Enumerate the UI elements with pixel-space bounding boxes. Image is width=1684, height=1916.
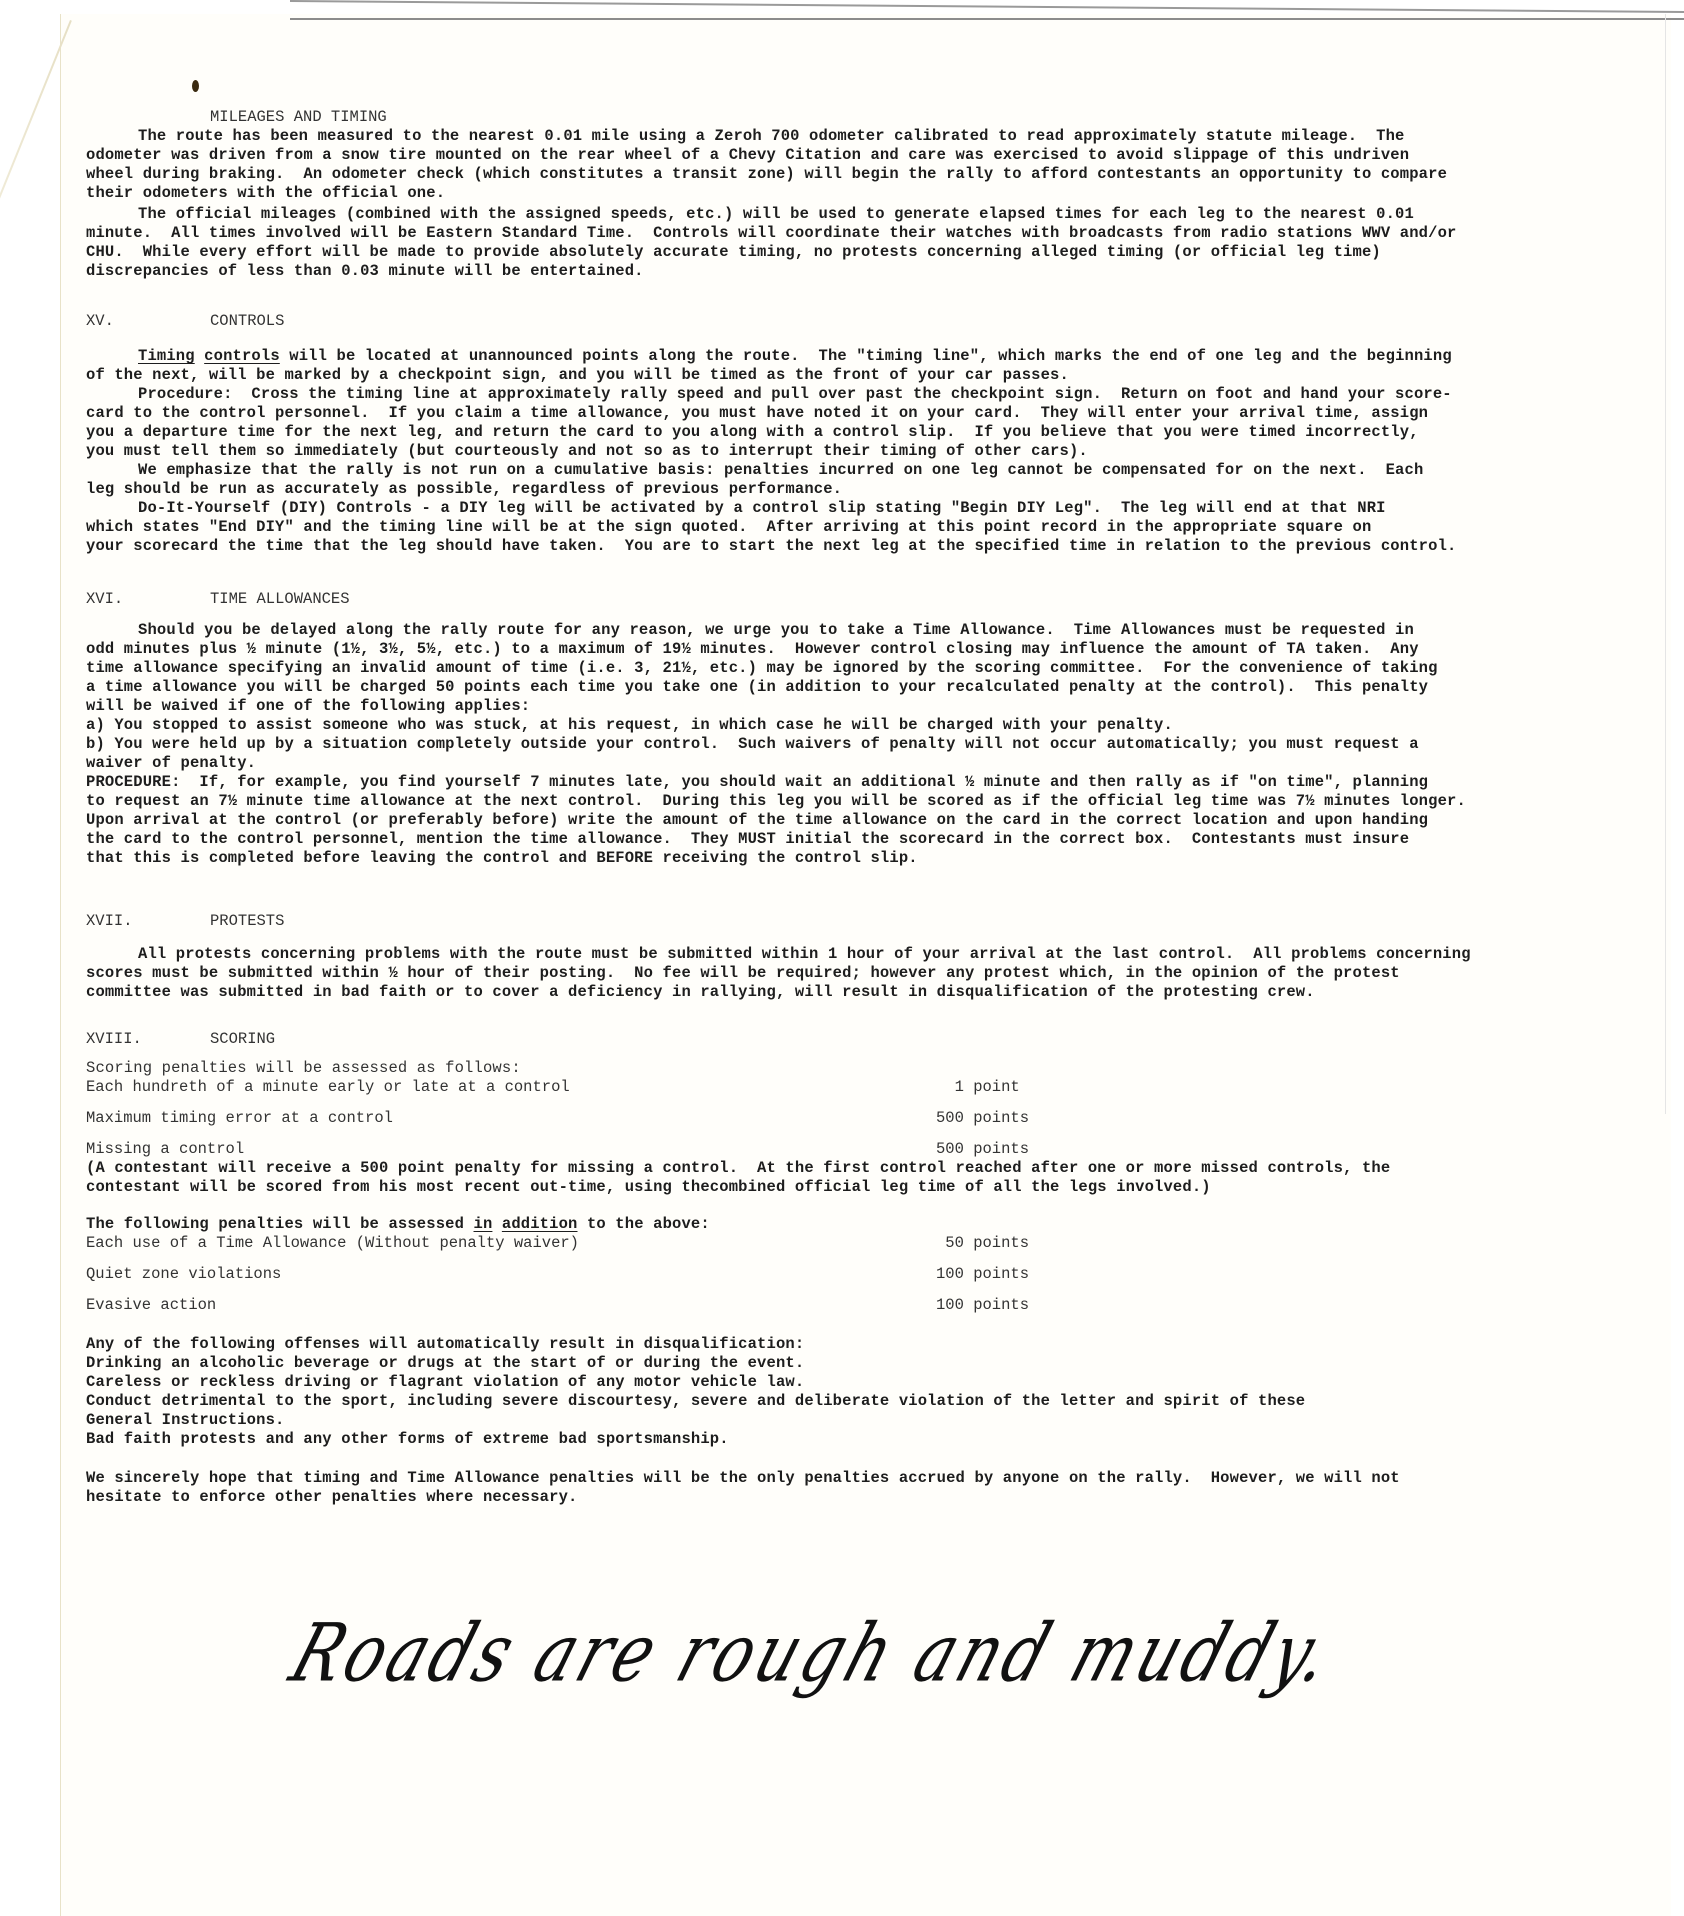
paragraph-line: The official mileages (combined with the… bbox=[86, 205, 1606, 224]
penalty-value: 100 points bbox=[936, 1265, 1029, 1284]
paragraph-line: of the next, will be marked by a checkpo… bbox=[86, 366, 1606, 385]
penalty-value: 1 point bbox=[936, 1078, 1020, 1097]
penalty-row: Each use of a Time Allowance (Without pe… bbox=[86, 1234, 1606, 1253]
paragraph-line: will be waived if one of the following a… bbox=[86, 697, 1606, 716]
scoring-intro: Scoring penalties will be assessed as fo… bbox=[86, 1059, 1606, 1078]
paragraph-line: odometer was driven from a snow tire mou… bbox=[86, 146, 1606, 165]
section-number: XVIII. bbox=[86, 1030, 210, 1049]
underlined-word: Timing bbox=[138, 347, 195, 365]
paragraph-line: your scorecard the time that the leg sho… bbox=[86, 537, 1606, 556]
paragraph-line: that this is completed before leaving th… bbox=[86, 849, 1606, 868]
scoring-note-line: contestant will be scored from his most … bbox=[86, 1178, 1606, 1197]
paragraph-line: leg should be run as accurately as possi… bbox=[86, 480, 1606, 499]
penalty-label: Evasive action bbox=[86, 1296, 936, 1315]
paragraph-text: will be located at unannounced points al… bbox=[280, 347, 1452, 365]
penalty-value: 500 points bbox=[936, 1109, 1029, 1128]
section-title: TIME ALLOWANCES bbox=[210, 590, 350, 608]
disqualification-intro: Any of the following offenses will autom… bbox=[86, 1335, 1606, 1354]
closing-line: We sincerely hope that timing and Time A… bbox=[86, 1469, 1606, 1488]
underlined-word: in bbox=[474, 1215, 493, 1233]
paragraph-line: a) You stopped to assist someone who was… bbox=[86, 716, 1606, 735]
paragraph-line: you must tell them so immediately (but c… bbox=[86, 442, 1606, 461]
intro-text: to the above: bbox=[578, 1215, 710, 1233]
paragraph-line: waiver of penalty. bbox=[86, 754, 1606, 773]
penalty-value: 50 points bbox=[936, 1234, 1029, 1253]
paragraph-line: All protests concerning problems with th… bbox=[86, 945, 1606, 964]
section-title: SCORING bbox=[210, 1030, 275, 1048]
paragraph-line: CHU. While every effort will be made to … bbox=[86, 243, 1606, 262]
disqualification-item: Careless or reckless driving or flagrant… bbox=[86, 1373, 1606, 1392]
penalty-value: 500 points bbox=[936, 1140, 1029, 1159]
penalty-label: Each hundreth of a minute early or late … bbox=[86, 1078, 936, 1097]
paragraph-line: Procedure: Cross the timing line at appr… bbox=[86, 385, 1606, 404]
disqualification-item: General Instructions. bbox=[86, 1411, 1606, 1430]
disqualification-item: Bad faith protests and any other forms o… bbox=[86, 1430, 1606, 1449]
penalty-row: Evasive action100 points bbox=[86, 1296, 1606, 1315]
penalty-value: 100 points bbox=[936, 1296, 1029, 1315]
penalty-row: Each hundreth of a minute early or late … bbox=[86, 1078, 1606, 1097]
paragraph-line: odd minutes plus ½ minute (1½, 3½, 5½, e… bbox=[86, 640, 1606, 659]
penalty-row: Quiet zone violations100 points bbox=[86, 1265, 1606, 1284]
handwritten-note: Roads are rough and muddy. bbox=[280, 1608, 1345, 1701]
section-heading: XV.CONTROLS bbox=[86, 312, 1606, 331]
paragraph-line: to request an 7½ minute time allowance a… bbox=[86, 792, 1606, 811]
section-protests: XVII.PROTESTS All protests concerning pr… bbox=[86, 912, 1606, 1002]
penalty-label: Maximum timing error at a control bbox=[86, 1109, 936, 1128]
penalty-label: Missing a control bbox=[86, 1140, 936, 1159]
paragraph-line: Do-It-Yourself (DIY) Controls - a DIY le… bbox=[86, 499, 1606, 518]
paragraph-line: minute. All times involved will be Easte… bbox=[86, 224, 1606, 243]
paragraph-line: the card to the control personnel, menti… bbox=[86, 830, 1606, 849]
section-heading: XVI.TIME ALLOWANCES bbox=[86, 590, 1606, 609]
section-controls: XV.CONTROLS Timing controls will be loca… bbox=[86, 312, 1606, 556]
paragraph-line: discrepancies of less than 0.03 minute w… bbox=[86, 262, 1606, 281]
paragraph-line: a time allowance you will be charged 50 … bbox=[86, 678, 1606, 697]
section-heading: XVIII.SCORING bbox=[86, 1030, 1606, 1049]
paragraph-line: Timing controls will be located at unann… bbox=[86, 347, 1606, 366]
closing-line: hesitate to enforce other penalties wher… bbox=[86, 1488, 1606, 1507]
page-top-edge-shadow bbox=[290, 18, 1684, 20]
paragraph-line: b) You were held up by a situation compl… bbox=[86, 735, 1606, 754]
paragraph-line: time allowance specifying an invalid amo… bbox=[86, 659, 1606, 678]
paragraph-line: scores must be submitted within ½ hour o… bbox=[86, 964, 1606, 983]
section-number: XVII. bbox=[86, 912, 210, 931]
additional-penalties-intro: The following penalties will be assessed… bbox=[86, 1215, 1606, 1234]
paragraph-line: which states "End DIY" and the timing li… bbox=[86, 518, 1606, 537]
page-speck bbox=[192, 80, 199, 92]
scoring-note-line: (A contestant will receive a 500 point p… bbox=[86, 1159, 1606, 1178]
section-number: XV. bbox=[86, 312, 210, 331]
section-scoring: XVIII.SCORING Scoring penalties will be … bbox=[86, 1030, 1606, 1507]
disqualification-item: Drinking an alcoholic beverage or drugs … bbox=[86, 1354, 1606, 1373]
section-heading: XVII.PROTESTS bbox=[86, 912, 1606, 931]
paragraph-line: their odometers with the official one. bbox=[86, 184, 1606, 203]
intro-text: The following penalties will be assessed bbox=[86, 1215, 474, 1233]
section-mileages-and-timing: MILEAGES AND TIMING The route has been m… bbox=[86, 108, 1606, 281]
section-number: XVI. bbox=[86, 590, 210, 609]
section-title: PROTESTS bbox=[210, 912, 284, 930]
section-title: CONTROLS bbox=[210, 312, 284, 330]
paragraph-line: you a departure time for the next leg, a… bbox=[86, 423, 1606, 442]
section-time-allowances: XVI.TIME ALLOWANCES Should you be delaye… bbox=[86, 590, 1606, 868]
paragraph-line: Upon arrival at the control (or preferab… bbox=[86, 811, 1606, 830]
paragraph-line: The route has been measured to the neare… bbox=[86, 127, 1606, 146]
paragraph-line: PROCEDURE: If, for example, you find you… bbox=[86, 773, 1606, 792]
paragraph-line: wheel during braking. An odometer check … bbox=[86, 165, 1606, 184]
section-heading: MILEAGES AND TIMING bbox=[86, 108, 1606, 127]
paragraph-line: We emphasize that the rally is not run o… bbox=[86, 461, 1606, 480]
penalty-row: Missing a control500 points bbox=[86, 1140, 1606, 1159]
penalty-label: Each use of a Time Allowance (Without pe… bbox=[86, 1234, 936, 1253]
paragraph-line: card to the control personnel. If you cl… bbox=[86, 404, 1606, 423]
underlined-word: addition bbox=[502, 1215, 578, 1233]
underlined-word: controls bbox=[204, 347, 280, 365]
penalty-label: Quiet zone violations bbox=[86, 1265, 936, 1284]
paragraph-line: Should you be delayed along the rally ro… bbox=[86, 621, 1606, 640]
paragraph-line: committee was submitted in bad faith or … bbox=[86, 983, 1606, 1002]
disqualification-item: Conduct detrimental to the sport, includ… bbox=[86, 1392, 1606, 1411]
penalty-row: Maximum timing error at a control500 poi… bbox=[86, 1109, 1606, 1128]
page-right-edge bbox=[1665, 14, 1666, 1114]
